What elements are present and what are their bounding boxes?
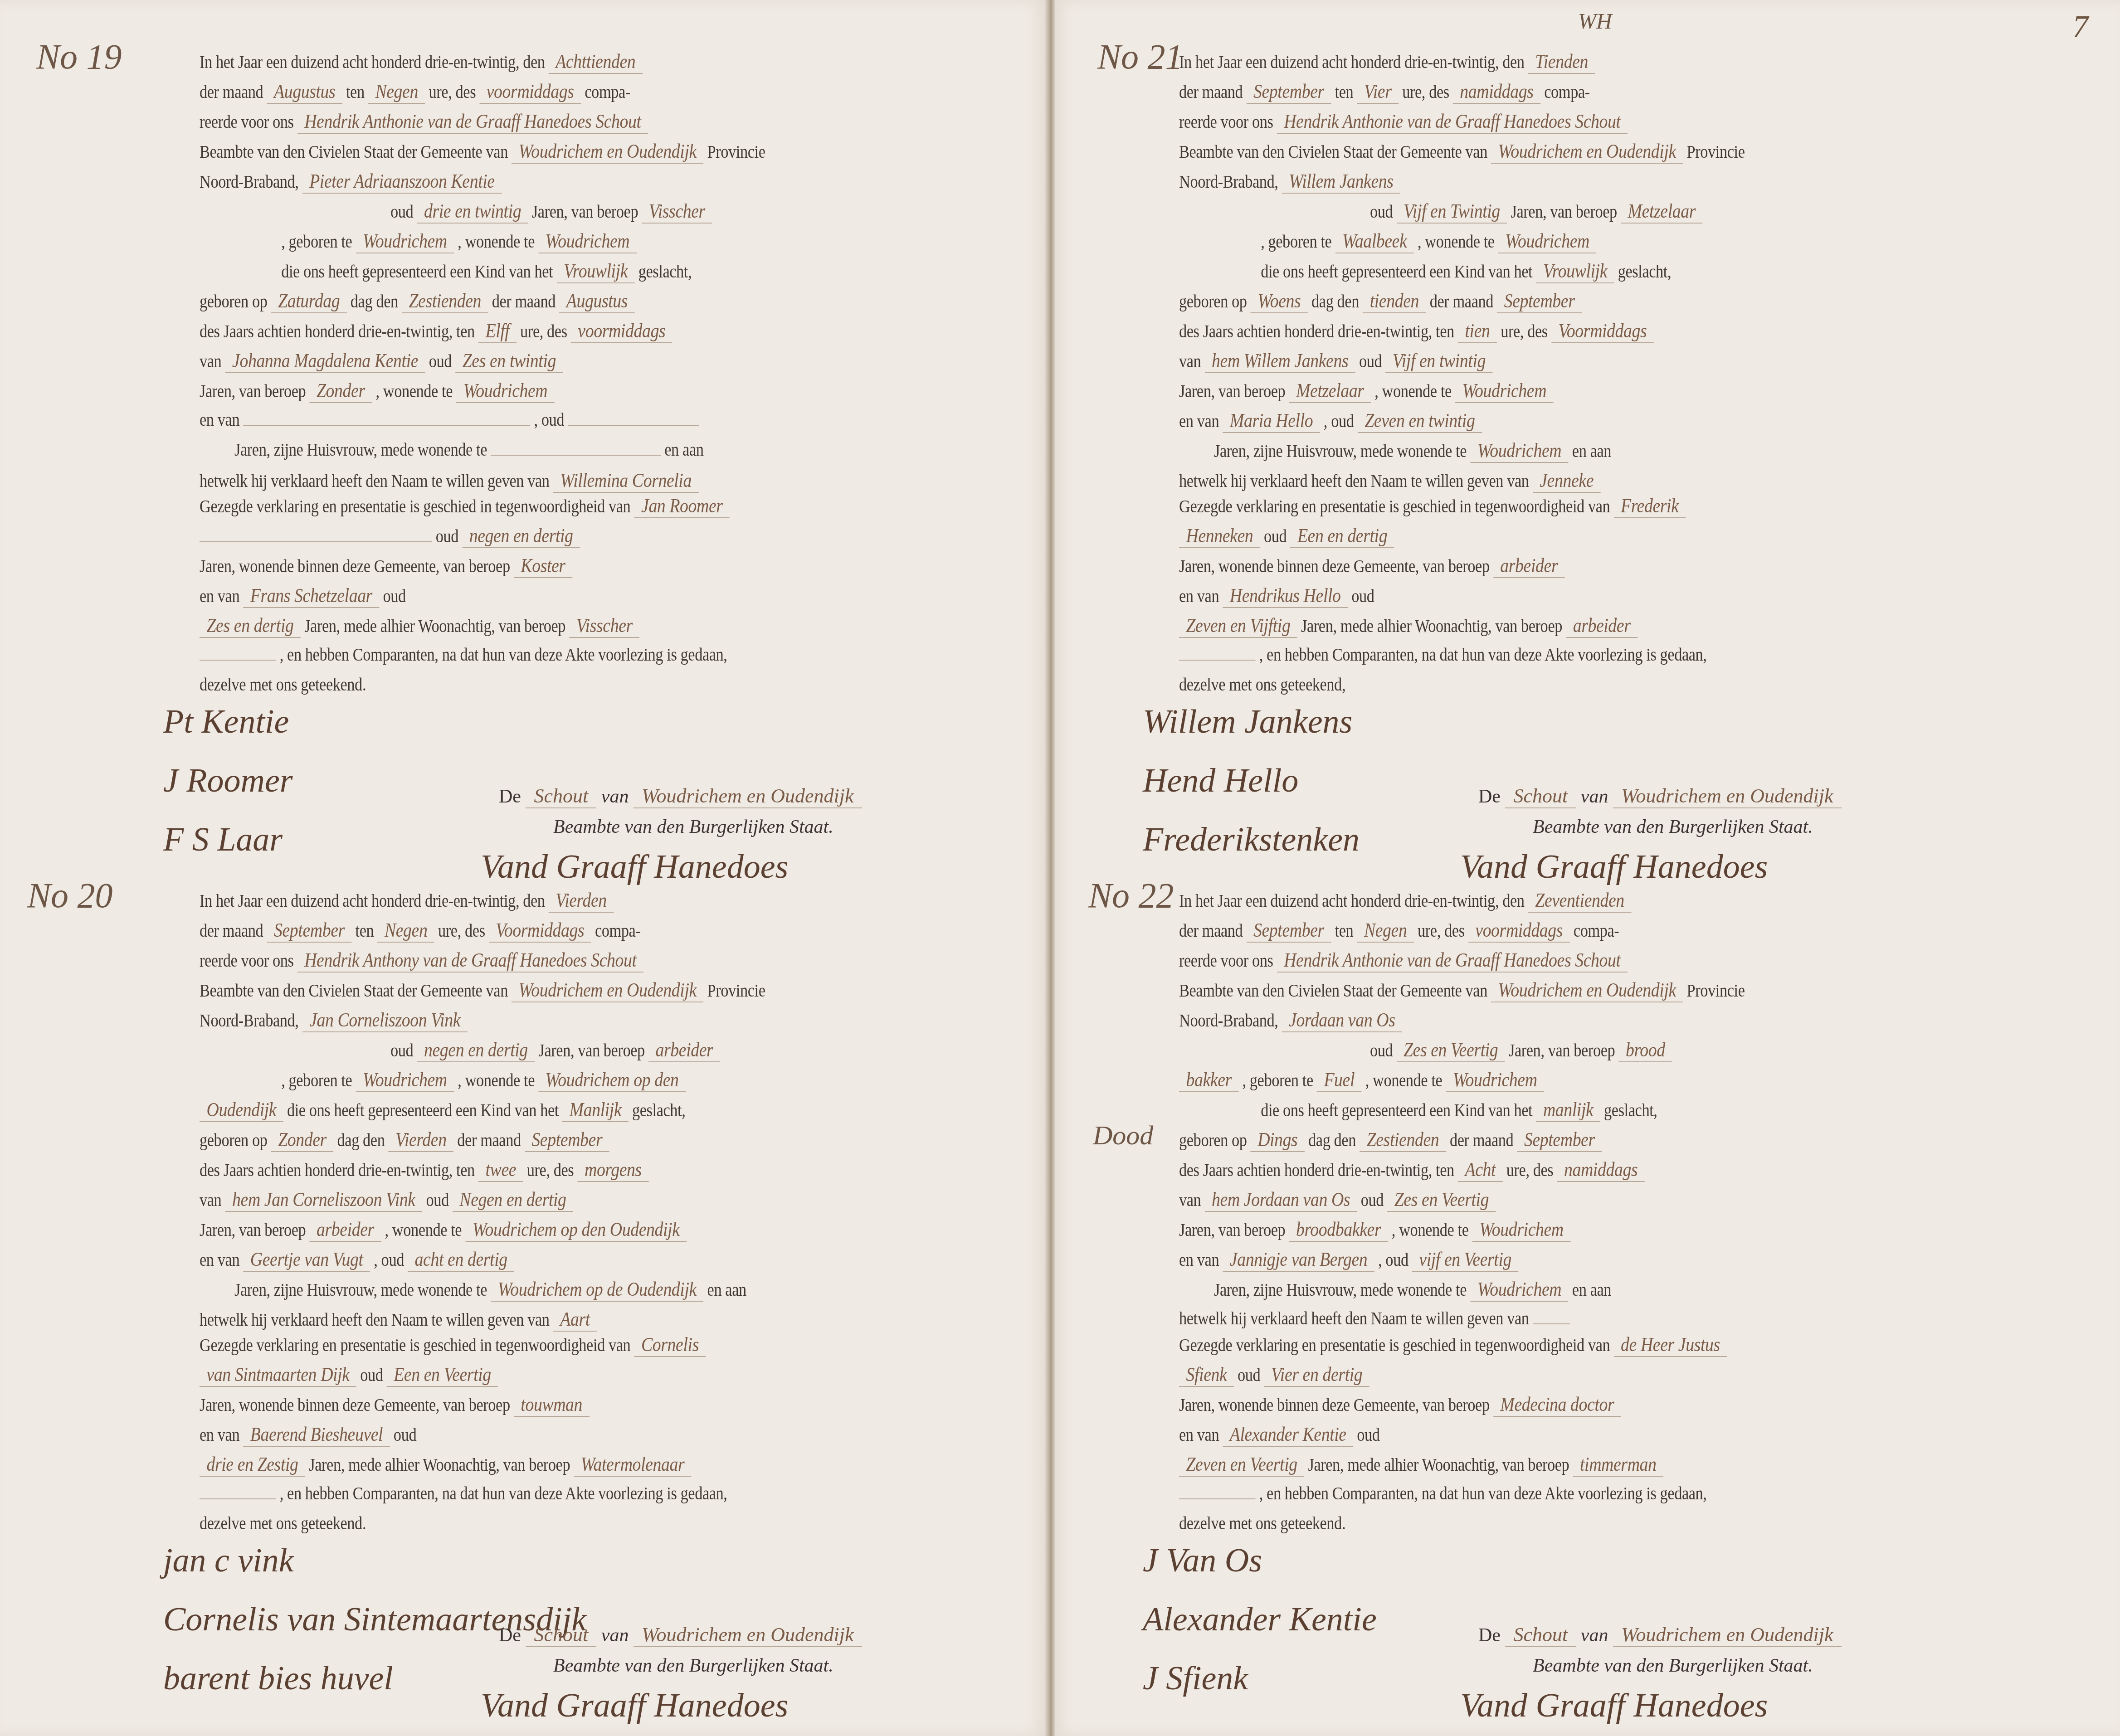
handwritten-entry: Metzelaar [1621,199,1703,224]
act-line: hetwelk hij verklaard heeft den Naam te … [1179,469,1601,493]
printed-text: geboren op [200,1130,267,1150]
printed-text: Jaren, van beroep [200,381,306,401]
witness-signature: F S Laar [163,821,283,859]
act-line: der maand Augustus ten Negen ure, des vo… [200,80,630,104]
printed-text: Noord-Braband, [200,171,298,192]
witness-line: Jaren, wonende binnen deze Gemeente, van… [1179,554,1565,578]
printed-text: Jaren, van beroep [1179,381,1285,401]
printed-text: geboren op [1179,291,1247,311]
printed-text: reerde voor ons [1179,950,1273,971]
handwritten-entry: Visscher [569,614,639,638]
printed-text: , geboren te [281,1070,352,1090]
handwritten-entry: tien [1458,319,1497,343]
printed-text: oud [394,1425,416,1445]
printed-text: Beambte van den Civielen Staat der Gemee… [1179,980,1487,1001]
act-line: Noord-Braband, Pieter Adriaanszoon Kenti… [200,170,502,194]
handwritten-entry: negen en dertig [462,524,580,548]
handwritten-entry: September [1247,80,1331,104]
act-line: Beambte van den Civielen Staat der Gemee… [200,978,765,1002]
printed-text: Jaren, wonende binnen deze Gemeente, van… [200,556,510,576]
handwritten-entry: Woudrichem [1470,1278,1569,1302]
printed-text: der maand [200,82,263,102]
handwritten-entry: Jordaan van Os [1282,1008,1402,1032]
handwritten-entry: arbeider [1566,614,1638,638]
act-line: die ons heeft gepresenteerd een Kind van… [200,259,692,283]
handwritten-entry: Henneken [1179,524,1260,548]
printed-text: Beambte van den Civielen Staat der Gemee… [200,141,508,162]
printed-text: Jaren, zijne Huisvrouw, mede wonende te [1214,441,1467,461]
act-line: hetwelk hij verklaard heeft den Naam te … [200,1308,597,1332]
printed-text: geslacht, [1618,261,1671,282]
printed-text: , wonende te [458,1070,535,1090]
handwritten-entry: September [1517,1128,1602,1152]
printed-text: In het Jaar een duizend acht honderd dri… [1179,52,1525,72]
handwritten-entry: Oudendijk [200,1098,283,1122]
witness-line: Henneken oud Een en dertig [1179,524,1394,548]
witness-line: dezelve met ons geteekend. [200,674,366,695]
printed-text: Jaren, zijne Huisvrouw, mede wonende te [234,1279,487,1300]
handwritten-entry: September [525,1128,609,1152]
handwritten-entry: namiddags [1453,80,1540,104]
handwritten-entry: twee [478,1158,523,1182]
handwritten-entry: Elff [478,319,517,343]
act-line: Jaren, zijne Huisvrouw, mede wonende te … [1179,1278,1611,1302]
official-van: van [601,786,629,807]
handwritten-entry: hem Willem Jankens [1205,349,1355,373]
handwritten-entry: drie en Zestig [200,1453,305,1477]
handwritten-entry: manlijk [1536,1098,1600,1122]
handwritten-entry: Visscher [642,199,712,224]
act-line: Noord-Braband, Jordaan van Os [1179,1008,1402,1032]
printed-text: , oud [534,409,564,430]
printed-text: compa- [1544,82,1590,102]
handwritten-entry: arbeider [310,1218,381,1242]
printed-text: en van [200,1250,239,1270]
official-van: van [1581,786,1608,807]
handwritten-entry: Voormiddags [1551,319,1654,343]
handwritten-entry: Vijf en Twintig [1396,199,1507,224]
witness-line: Zeven en Vijftig Jaren, mede alhier Woon… [1179,614,1638,638]
official-title: Schout [526,784,596,808]
printed-text: oud [1264,526,1287,546]
act-line: Jaren, van beroep broodbakker , wonende … [1179,1218,1570,1242]
handwritten-entry: Vrouwlijk [1536,259,1614,283]
handwritten-entry: Voormiddags [489,919,591,943]
printed-text: oud [429,351,452,371]
printed-text: geboren op [1179,1130,1247,1150]
handwritten-entry: Tienden [1528,50,1595,74]
printed-text: en van [1179,586,1219,606]
printed-text: en van [1179,411,1219,431]
handwritten-entry: Baerend Biesheuvel [243,1423,390,1447]
witness-line: en van Alexander Kentie oud [1179,1423,1380,1447]
handwritten-entry: Waalbeek [1335,229,1414,253]
witness-line: Gezegde verklaring en presentatie is ges… [200,1333,706,1357]
act-line: oud negen en dertig Jaren, van beroep ar… [200,1038,720,1062]
handwritten-entry: Dings [1251,1128,1305,1152]
printed-text: oud [360,1365,383,1385]
printed-text: hetwelk hij verklaard heeft den Naam te … [200,1309,550,1330]
witness-line: , en hebben Comparanten, na dat hun van … [1179,644,1707,665]
handwritten-entry: Een en Veertig [387,1363,498,1387]
printed-text: en van [200,1425,239,1445]
handwritten-entry: Hendrikus Hello [1223,584,1348,608]
handwritten-entry: Fuel [1317,1068,1362,1092]
handwritten-entry: arbeider [648,1038,720,1062]
act-line: In het Jaar een duizend acht honderd dri… [1179,50,1595,74]
handwritten-entry: bakker [1179,1068,1238,1092]
handwritten-entry: Frederik [1614,494,1686,518]
witness-line: Jaren, wonende binnen deze Gemeente, van… [200,554,572,578]
handwritten-entry: September [1247,919,1331,943]
printed-text: dag den [1308,1130,1356,1150]
handwritten-entry: Woudrichem en Oudendijk [512,140,703,164]
act-line: hetwelk hij verklaard heeft den Naam te … [1179,1308,1570,1329]
act-number: No 20 [27,875,113,916]
act-line: geboren op Woens dag den tienden der maa… [1179,289,1582,313]
handwritten-entry: Achttienden [549,50,643,74]
handwritten-entry: Medecina doctor [1493,1393,1621,1417]
printed-text: Gezegde verklaring en presentatie is ges… [1179,496,1610,516]
printed-text: , wonende te [1374,381,1452,401]
witness-line: Jaren, wonende binnen deze Gemeente, van… [1179,1393,1621,1417]
act-line: Noord-Braband, Willem Jankens [1179,170,1400,194]
printed-text: geslacht, [1604,1100,1657,1120]
handwritten-entry: Augustus [267,80,342,104]
printed-text: die ons heeft gepresenteerd een Kind van… [287,1100,559,1120]
printed-text: compa- [1574,920,1619,941]
handwritten-entry [1533,1323,1570,1324]
printed-text: geslacht, [632,1100,685,1120]
printed-text: geboren op [200,291,267,311]
printed-text: Noord-Braband, [1179,1010,1278,1031]
printed-text: des Jaars achtien honderd drie-en-twinti… [200,321,475,341]
act-line: des Jaars achtien honderd drie-en-twinti… [1179,1158,1645,1182]
printed-text: der maand [1179,82,1243,102]
printed-text: Jaren, zijne Huisvrouw, mede wonende te [1214,1279,1467,1300]
printed-text: In het Jaar een duizend acht honderd dri… [200,890,545,911]
handwritten-entry: Acht [1458,1158,1503,1182]
printed-text: Jaren, van beroep [1511,201,1617,222]
official-block: De Schout van Woudrichem en Oudendijk [1478,784,1842,808]
handwritten-entry: voormiddags [479,80,581,104]
printed-text: Provincie [1687,980,1745,1001]
book-gutter [1045,0,1055,1736]
printed-text: Jaren, wonende binnen deze Gemeente, van… [200,1395,510,1415]
handwritten-entry: hem Jan Corneliszoon Vink [225,1188,423,1212]
handwritten-entry: Hendrik Anthony van de Graaff Hanedoes S… [297,948,643,973]
page-number: 7 [2072,9,2088,45]
beambte-label: Beambte van den Burgerlijken Staat. [553,816,833,838]
witness-signature: barent bies huvel [163,1659,393,1698]
act-line: van hem Jordaan van Os oud Zes en Veerti… [1179,1188,1496,1212]
act-line: reerde voor ons Hendrik Anthonie van de … [1179,948,1628,973]
printed-text: Noord-Braband, [1179,171,1278,192]
handwritten-entry: Zestienden [1360,1128,1446,1152]
handwritten-entry: Zonder [271,1128,334,1152]
act-number: No 19 [36,36,122,77]
act-line: Jaren, zijne Huisvrouw, mede wonende te … [200,1278,746,1302]
act-line: des Jaars achtien honderd drie-en-twinti… [200,1158,648,1182]
printed-text: van [1179,351,1201,371]
handwritten-entry: Vier [1357,80,1399,104]
handwritten-entry: Manlijk [562,1098,629,1122]
printed-text: der maand [1430,291,1493,311]
printed-text: , oud [1324,411,1354,431]
printed-text: van [1179,1190,1201,1210]
act-line: geboren op Dings dag den Zestienden der … [1179,1128,1602,1152]
handwritten-entry: Jan Roomer [634,494,730,518]
act-line: reerde voor ons Hendrik Anthonie van de … [200,110,648,134]
printed-text: en van [200,409,239,430]
printed-text: oud [1351,586,1374,606]
witness-line: drie en Zestig Jaren, mede alhier Woonac… [200,1453,692,1477]
witness-line: , en hebben Comparanten, na dat hun van … [200,1483,727,1504]
handwritten-entry: Negen [1357,919,1413,943]
handwritten-entry: vijf en Veertig [1412,1248,1519,1272]
handwritten-entry: Woudrichem [1446,1068,1545,1092]
printed-text: , oud [1378,1250,1408,1270]
witness-line: Jaren, wonende binnen deze Gemeente, van… [200,1393,590,1417]
printed-text: Noord-Braband, [200,1010,298,1031]
printed-text: hetwelk hij verklaard heeft den Naam te … [1179,471,1529,491]
printed-text: Jaren, mede alhier Woonachtig, van beroe… [309,1454,570,1475]
handwritten-entry: Woudrichem [356,229,454,253]
handwritten-entry: negen en dertig [417,1038,535,1062]
beambte-text: Beambte van den Burgerlijken Staat. [1533,1655,1813,1676]
handwritten-entry: Hendrik Anthonie van de Graaff Hanedoes … [1277,110,1628,134]
printed-text: Gezegde verklaring en presentatie is ges… [200,1335,630,1355]
handwritten-entry: Woudrichem [1472,1218,1571,1242]
handwritten-entry: Zeven en Veertig [1179,1453,1304,1477]
printed-text: hetwelk hij verklaard heeft den Naam te … [200,471,550,491]
printed-text: ure, des [438,920,485,941]
printed-text: dag den [337,1130,385,1150]
printed-text: , wonende te [458,231,535,252]
printed-text: des Jaars achtien honderd drie-en-twinti… [200,1160,475,1180]
handwritten-entry: Negen [377,919,434,943]
official-signature: Vand Graaff Hanedoes [481,1687,788,1725]
printed-text: reerde voor ons [200,112,294,132]
printed-text: ure, des [1501,321,1548,341]
handwritten-entry: Zes en dertig [200,614,301,638]
handwritten-entry: Frans Schetzelaar [243,584,379,608]
handwritten-entry: acht en dertig [408,1248,514,1272]
printed-text: ten [356,920,374,941]
handwritten-entry: voormiddags [571,319,673,343]
handwritten-entry: Woudrichem [1470,439,1569,463]
act-line: , geboren te Woudrichem , wonende te Wou… [200,1068,686,1092]
printed-text: ure, des [1506,1160,1554,1180]
printed-text: oud [436,526,458,546]
official-de: De [499,786,521,807]
printed-text: Jaren, mede alhier Woonachtig, van beroe… [304,616,565,636]
printed-text: , wonende te [1392,1220,1469,1240]
act-line: Beambte van den Civielen Staat der Gemee… [1179,978,1745,1002]
act-line: Jaren, zijne Huisvrouw, mede wonende te … [1179,439,1611,463]
act-line: Beambte van den Civielen Staat der Gemee… [200,140,765,164]
printed-text: die ons heeft gepresenteerd een Kind van… [281,261,553,282]
printed-text: der maand [200,920,263,941]
act-line: en van , oud [200,409,699,430]
act-line: oud drie en twintig Jaren, van beroep Vi… [200,199,712,224]
printed-text: der maand [1179,920,1243,941]
act-line: Jaren, van beroep arbeider , wonende te … [200,1218,687,1242]
printed-text: en van [1179,1425,1219,1445]
printed-text: Jaren, mede alhier Woonachtig, van beroe… [1301,616,1562,636]
handwritten-entry: drie en twintig [417,199,528,224]
act-line: die ons heeft gepresenteerd een Kind van… [1179,1098,1657,1122]
printed-text: en aan [707,1279,746,1300]
printed-text: Provincie [707,980,765,1001]
printed-text: Provincie [707,141,765,162]
handwritten-entry: Zes en Veertig [1396,1038,1505,1062]
witness-line: Gezegde verklaring en presentatie is ges… [200,494,730,518]
printed-text: Provincie [1687,141,1745,162]
handwritten-entry: Woudrichem [1498,229,1597,253]
printed-text: , wonende te [375,381,453,401]
official-place: Woudrichem en Oudendijk [634,1623,862,1647]
official-signature: Vand Graaff Hanedoes [1460,848,1768,886]
printed-text: en aan [1572,1279,1611,1300]
printed-text: dezelve met ons geteekend. [200,674,366,695]
printed-text: van [200,351,221,371]
handwritten-entry: Vierden [549,889,614,913]
printed-text: Gezegde verklaring en presentatie is ges… [1179,1335,1610,1355]
act-line: en van Geertje van Vugt , oud acht en de… [200,1248,514,1272]
printed-text: der maand [1450,1130,1513,1150]
beambte-label: Beambte van den Burgerlijken Staat. [1533,816,1813,838]
handwritten-entry: timmerman [1573,1453,1663,1477]
official-signature: Vand Graaff Hanedoes [481,848,788,886]
printed-text: hetwelk hij verklaard heeft den Naam te … [1179,1308,1529,1328]
witness-line: oud negen en dertig [200,524,580,548]
printed-text: oud [390,1040,413,1060]
beambte-text: Beambte van den Burgerlijken Staat. [553,817,833,837]
handwritten-entry: Woudrichem en Oudendijk [1491,978,1683,1002]
act-line: , geboren te Waalbeek , wonende te Woudr… [1179,229,1596,253]
witness-line: en van Hendrikus Hello oud [1179,584,1374,608]
act-line: bakker , geboren te Fuel , wonende te Wo… [1179,1068,1544,1092]
printed-text: en van [200,586,239,606]
printed-text: reerde voor ons [200,950,294,971]
witness-line: van Sintmaarten Dijk oud Een en Veertig [200,1363,498,1387]
handwritten-entry: Vijf en twintig [1385,349,1492,373]
printed-text: Jaren, van beroep [532,201,638,222]
printed-text: Jaren, van beroep [1509,1040,1615,1060]
official-block: De Schout van Woudrichem en Oudendijk [1478,1623,1842,1647]
printed-text: dag den [351,291,398,311]
official-place: Woudrichem en Oudendijk [1613,784,1842,808]
witness-line: en van Frans Schetzelaar oud [200,584,406,608]
printed-text: des Jaars achtien honderd drie-en-twinti… [1179,1160,1454,1180]
act-line: Oudendijk die ons heeft gepresenteerd ee… [200,1098,685,1122]
act-line: des Jaars achtien honderd drie-en-twinti… [1179,319,1654,343]
handwritten-entry: Woudrichem op den Oudendijk [465,1218,687,1242]
handwritten-entry: Woudrichem op de Oudendijk [491,1278,703,1302]
printed-text: oud [1238,1365,1260,1385]
witness-signature: Willem Jankens [1143,703,1352,741]
printed-text: ure, des [520,321,567,341]
printed-text: , geboren te [1261,231,1331,252]
handwritten-entry: voormiddags [1468,919,1570,943]
beambte-text: Beambte van den Burgerlijken Staat. [1533,817,1813,837]
handwritten-entry: Zeventienden [1528,889,1632,913]
printed-text: ten [346,82,365,102]
witness-signature: jan c vink [163,1541,294,1580]
handwritten-entry: broodbakker [1289,1218,1388,1242]
handwritten-entry: Sfienk [1179,1363,1234,1387]
official-block: De Schout van Woudrichem en Oudendijk [499,784,862,808]
act-line: In het Jaar een duizend acht honderd dri… [1179,889,1631,913]
handwritten-entry: Watermolenaar [574,1453,691,1477]
act-line: der maand September ten Negen ure, des v… [1179,919,1619,943]
witness-line: dezelve met ons geteekend. [1179,1512,1345,1534]
printed-text: en aan [664,439,703,460]
printed-text: dezelve met ons geteekend. [200,1513,366,1533]
official-title: Schout [526,1623,596,1647]
handwritten-entry: Een en dertig [1290,524,1394,548]
act-line: en van Maria Hello , oud Zeven en twinti… [1179,409,1482,433]
handwritten-entry: Koster [514,554,572,578]
witness-signature: J Van Os [1143,1541,1262,1580]
witness-line: , en hebben Comparanten, na dat hun van … [200,644,727,665]
printed-text: , wonende te [385,1220,462,1240]
handwritten-entry: Zeven en twintig [1358,409,1482,433]
act-line: oud Vijf en Twintig Jaren, van beroep Me… [1179,199,1702,224]
printed-text: ten [1335,82,1354,102]
act-line: Noord-Braband, Jan Corneliszoon Vink [200,1008,468,1032]
act-line: Jaren, van beroep Zonder , wonende te Wo… [200,379,555,403]
handwritten-entry: September [267,919,352,943]
printed-text: Jaren, mede alhier Woonachtig, van beroe… [1308,1454,1569,1475]
printed-text: die ons heeft gepresenteerd een Kind van… [1261,261,1532,282]
act-line: , geboren te Woudrichem , wonende te Wou… [200,229,637,253]
witness-line: Zes en dertig Jaren, mede alhier Woonach… [200,614,639,638]
printed-text: oud [1359,351,1382,371]
handwritten-entry: Jan Corneliszoon Vink [302,1008,468,1032]
printed-text: Beambte van den Civielen Staat der Gemee… [1179,141,1487,162]
act-line: reerde voor ons Hendrik Anthony van de G… [200,948,643,973]
handwritten-entry: Zestienden [402,289,488,313]
act-line: In het Jaar een duizend acht honderd dri… [200,50,643,74]
act-line: des Jaars achtien honderd drie-en-twinti… [200,319,673,343]
act-line: geboren op Zaturdag dag den Zestienden d… [200,289,635,313]
handwritten-entry: brood [1618,1038,1672,1062]
printed-text: des Jaars achtien honderd drie-en-twinti… [1179,321,1454,341]
handwritten-entry: Willem Jankens [1282,170,1400,194]
annotation-initials: WH [1578,9,1612,34]
handwritten-entry: Woudrichem en Oudendijk [1491,140,1683,164]
handwritten-entry: Zonder [310,379,372,403]
printed-text: ure, des [527,1160,574,1180]
official-block: De Schout van Woudrichem en Oudendijk [499,1623,862,1647]
act-line: hetwelk hij verklaard heeft den Naam te … [200,469,698,493]
handwritten-entry: Augustus [559,289,634,313]
printed-text: van [200,1190,221,1210]
printed-text: , wonende te [1365,1070,1443,1090]
handwritten-entry: Zaturdag [271,289,347,313]
act-line: van Johanna Magdalena Kentie oud Zes en … [200,349,563,373]
witness-line: , en hebben Comparanten, na dat hun van … [1179,1483,1707,1504]
beambte-label: Beambte van den Burgerlijken Staat. [553,1655,833,1677]
printed-text: , en hebben Comparanten, na dat hun van … [1259,644,1707,665]
handwritten-entry: Zes en Veertig [1387,1188,1496,1212]
official-title: Schout [1505,1623,1576,1647]
official-van: van [1581,1625,1608,1646]
printed-text: , geboren te [281,231,352,252]
handwritten-entry: Vier en dertig [1264,1363,1369,1387]
